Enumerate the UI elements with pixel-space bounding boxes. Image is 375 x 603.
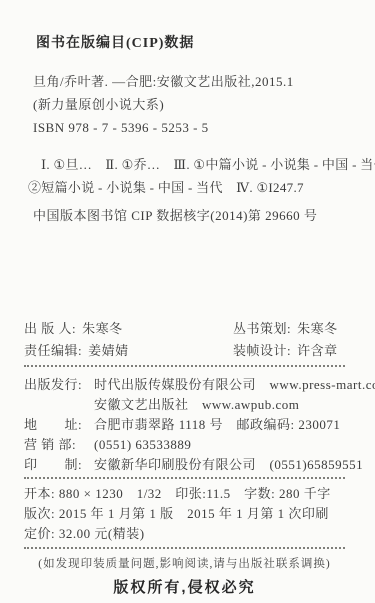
divider-top xyxy=(24,365,345,367)
book-title-line: 旦角/乔叶著. —合肥:安徽文艺出版社,2015.1 xyxy=(33,70,345,93)
series-planner-label: 丛书策划: xyxy=(233,321,291,336)
publishing-row-distributor: 出版发行: 时代出版传媒股份有限公司 www.press-mart.com xyxy=(24,375,345,395)
publisher-person-value: 朱寒冬 xyxy=(82,321,123,336)
publisher-person-label: 出 版 人: xyxy=(24,321,76,336)
staff-block: 出 版 人:朱寒冬 丛书策划:朱寒冬 责任编辑:姜婧婧 装帧设计:许含章 xyxy=(24,318,345,362)
publishing-row-printer: 印 制: 安徽新华印刷股份有限公司 (0551)65859551 xyxy=(24,455,345,475)
spec-price-line: 定价: 32.00 元(精装) xyxy=(24,524,345,544)
copyright-page: 图书在版编目(CIP)数据 旦角/乔叶著. —合肥:安徽文艺出版社,2015.1… xyxy=(0,0,375,603)
marketing-label: 营 销 部: xyxy=(24,435,90,455)
address-value: 合肥市翡翠路 1118 号 邮政编码: 230071 xyxy=(94,415,340,435)
designer-value: 许含章 xyxy=(297,343,338,358)
cip-record-number: 中国版本图书馆 CIP 数据核字(2014)第 29660 号 xyxy=(33,208,345,224)
address-label: 地 址: xyxy=(24,415,90,435)
press-value: 安徽文艺出版社 www.awpub.com xyxy=(94,395,299,415)
classification-line-2: ②短篇小说 - 小说集 - 中国 - 当代 Ⅳ. ①I247.7 xyxy=(28,176,345,199)
print-spec-block: 开本: 880 × 1230 1/32 印张:11.5 字数: 280 千字 版… xyxy=(24,484,345,544)
designer-cell: 装帧设计:许含章 xyxy=(233,340,345,362)
press-label xyxy=(24,395,90,415)
editor-label: 责任编辑: xyxy=(24,343,82,358)
copyright-statement: 版权所有,侵权必究 xyxy=(24,576,345,597)
book-series-line: (新力量原创小说大系) xyxy=(33,93,345,116)
spec-edition-line: 版次: 2015 年 1 月第 1 版 2015 年 1 月第 1 次印刷 xyxy=(24,504,345,524)
cip-header: 图书在版编目(CIP)数据 xyxy=(36,36,345,52)
book-isbn-line: ISBN 978 - 7 - 5396 - 5253 - 5 xyxy=(33,116,345,139)
editor-value: 姜婧婧 xyxy=(88,343,129,358)
staff-row-publisher: 出 版 人:朱寒冬 丛书策划:朱寒冬 xyxy=(24,318,345,340)
printer-value: 安徽新华印刷股份有限公司 (0551)65859551 xyxy=(94,455,363,475)
series-planner-cell: 丛书策划:朱寒冬 xyxy=(233,318,345,340)
staff-row-editor: 责任编辑:姜婧婧 装帧设计:许含章 xyxy=(24,340,345,362)
quality-notice: (如发现印装质量问题,影响阅读,请与出版社联系调换) xyxy=(24,557,345,571)
distributor-label: 出版发行: xyxy=(24,375,90,395)
divider-middle xyxy=(24,477,345,479)
divider-bottom xyxy=(24,547,345,549)
publishing-row-address: 地 址: 合肥市翡翠路 1118 号 邮政编码: 230071 xyxy=(24,415,345,435)
designer-label: 装帧设计: xyxy=(233,343,291,358)
cip-book-info-block: 旦角/乔叶著. —合肥:安徽文艺出版社,2015.1 (新力量原创小说大系) I… xyxy=(33,70,345,139)
printer-label: 印 制: xyxy=(24,455,90,475)
publisher-person-cell: 出 版 人:朱寒冬 xyxy=(24,318,233,340)
marketing-value: (0551) 63533889 xyxy=(94,435,191,455)
editor-cell: 责任编辑:姜婧婧 xyxy=(24,340,233,362)
series-planner-value: 朱寒冬 xyxy=(297,321,338,336)
spec-format-line: 开本: 880 × 1230 1/32 印张:11.5 字数: 280 千字 xyxy=(24,484,345,504)
cip-classification-block: Ⅰ. ①旦… Ⅱ. ①乔… Ⅲ. ①中篇小说 - 小说集 - 中国 - 当代 ②… xyxy=(28,153,345,199)
publishing-block: 出版发行: 时代出版传媒股份有限公司 www.press-mart.com 安徽… xyxy=(24,375,345,475)
publishing-row-marketing: 营 销 部: (0551) 63533889 xyxy=(24,435,345,455)
classification-line-1: Ⅰ. ①旦… Ⅱ. ①乔… Ⅲ. ①中篇小说 - 小说集 - 中国 - 当代 xyxy=(28,153,345,176)
publishing-row-press: 安徽文艺出版社 www.awpub.com xyxy=(24,395,345,415)
distributor-value: 时代出版传媒股份有限公司 www.press-mart.com xyxy=(94,375,375,395)
